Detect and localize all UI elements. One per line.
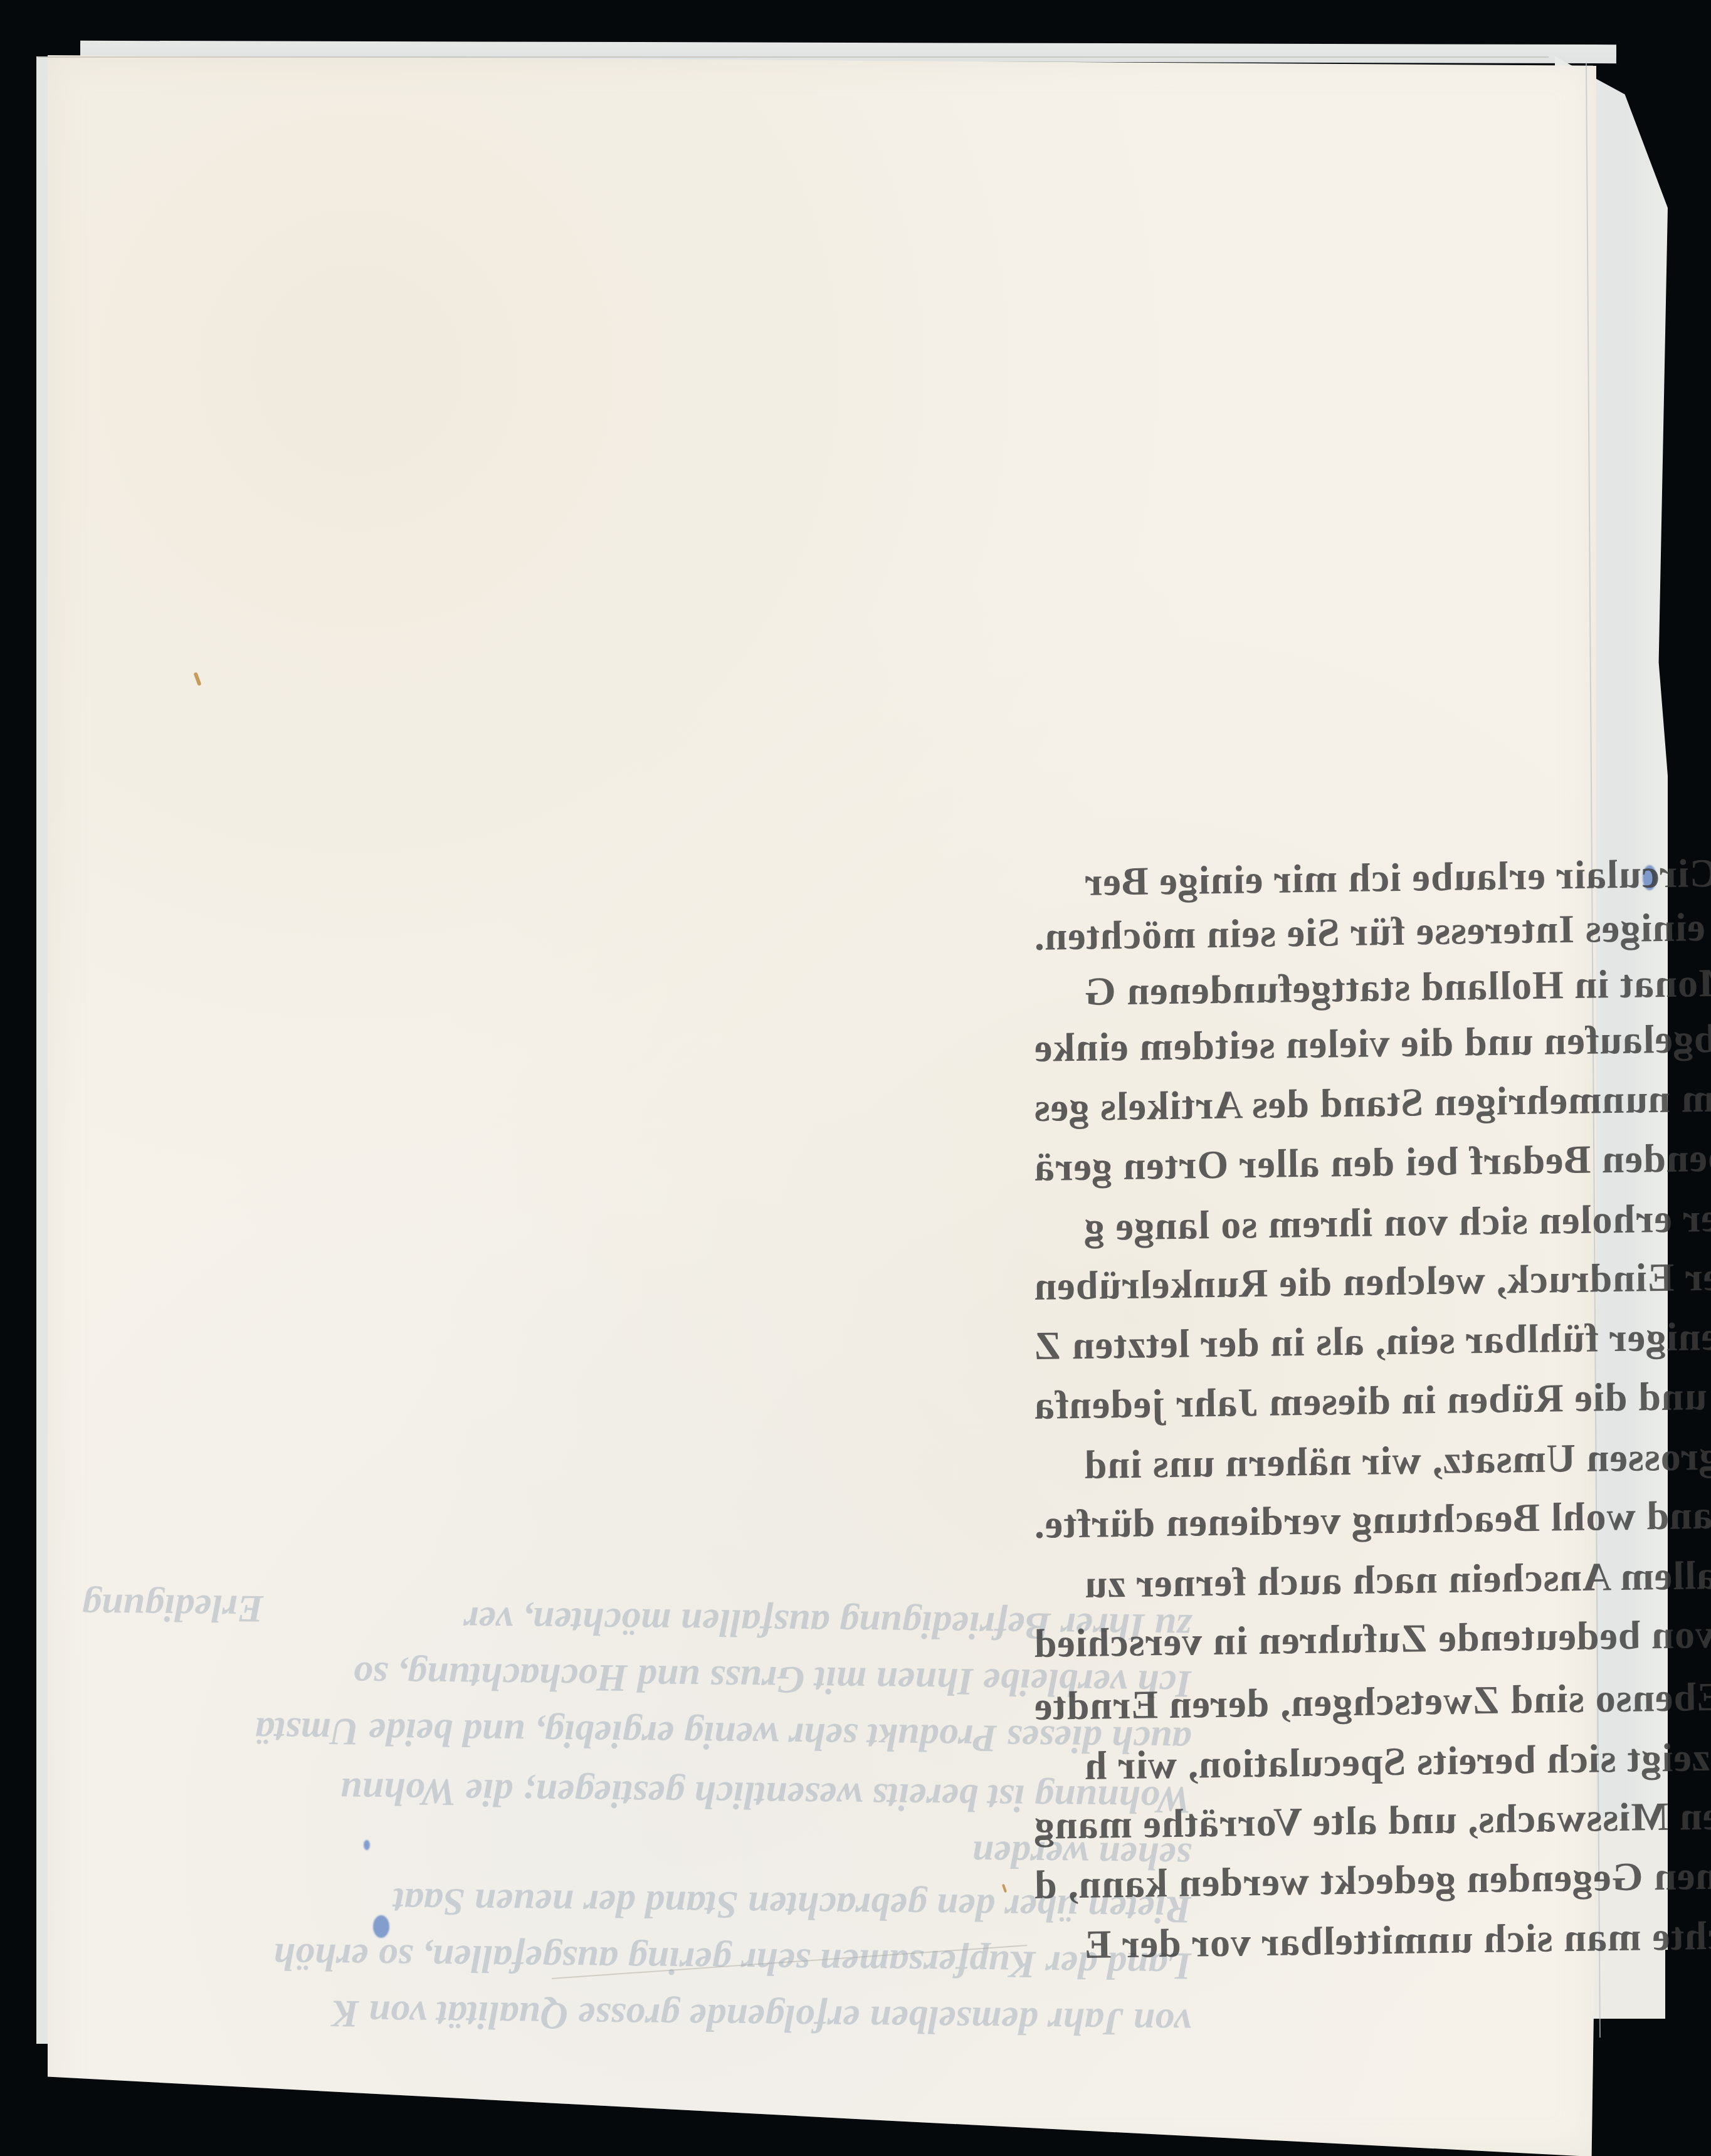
- back-sheet-left-edge: [36, 56, 49, 2044]
- ghost-line: von Jahr demselben erfolgende grosse Qua…: [333, 1991, 1192, 2044]
- top-fold-line: [38, 56, 1549, 58]
- blue-ink-mark: [364, 1840, 370, 1850]
- text-line: In Kleesamen zeigt sich bereits Speculat…: [1084, 1733, 1711, 1786]
- ghost-line: Erledigung: [82, 1584, 263, 1631]
